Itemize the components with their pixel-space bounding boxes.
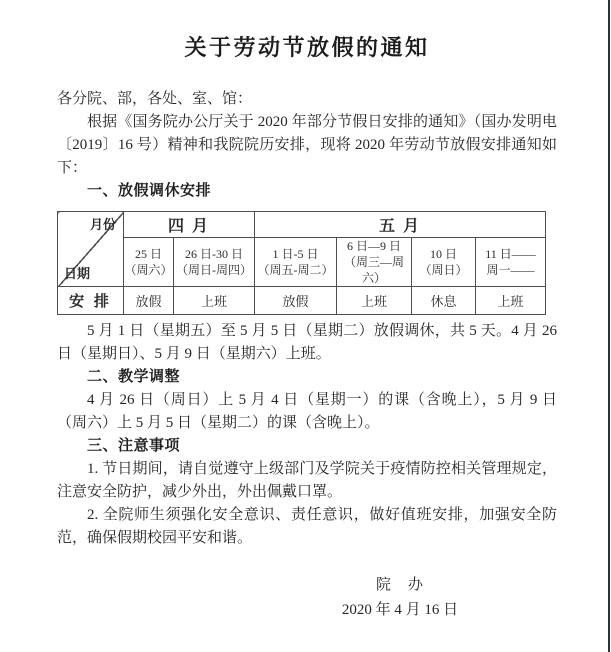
notice-document-page: 关于劳动节放假的通知 各分院、部，各处、室、馆： 根据《国务院办公厅关于 202… bbox=[0, 0, 611, 652]
holiday-schedule-table: 月份 日期 四 月 五 月 25 日 （周六） 26 日-30 日 （周日-周四… bbox=[57, 211, 546, 315]
date-cell-may1-5: 1 日-5 日 （周五-周二） bbox=[255, 238, 337, 287]
weekday-text: 周一—— bbox=[476, 262, 545, 278]
corner-label-date: 日期 bbox=[64, 263, 90, 282]
arrangement-cell: 休息 bbox=[412, 287, 476, 315]
arrangement-cell: 上班 bbox=[174, 287, 255, 315]
screenshot-right-edge-line bbox=[608, 0, 610, 652]
table-row-months: 月份 日期 四 月 五 月 bbox=[58, 212, 546, 238]
weekday-text: （周日-周四） bbox=[174, 262, 254, 278]
month-header-may: 五 月 bbox=[255, 212, 546, 238]
arrangement-cell: 放假 bbox=[124, 287, 174, 315]
signature-date: 2020 年 4 月 16 日 bbox=[325, 599, 475, 622]
date-cell-may11-on: 11 日—— 周一—— bbox=[476, 238, 546, 287]
month-header-april: 四 月 bbox=[124, 212, 255, 238]
date-text: 1 日-5 日 bbox=[255, 246, 336, 262]
corner-label-month: 月份 bbox=[90, 214, 116, 233]
date-cell-apr26-30: 26 日-30 日 （周日-周四） bbox=[174, 238, 255, 287]
salutation-line: 各分院、部，各处、室、馆： bbox=[57, 88, 557, 111]
table-corner-cell: 月份 日期 bbox=[58, 212, 124, 287]
date-cell-may10: 10 日 （周日） bbox=[412, 238, 476, 287]
section-3-heading: 三、注意事项 bbox=[57, 435, 557, 458]
date-cell-may6-9: 6 日—9 日 （周三—周六） bbox=[337, 238, 412, 287]
section-1-paragraph: 5 月 1 日（星期五）至 5 月 5 日（星期二）放假调休，共 5 天。4 月… bbox=[57, 320, 557, 366]
document-content: 关于劳动节放假的通知 各分院、部，各处、室、馆： 根据《国务院办公厅关于 202… bbox=[0, 0, 611, 622]
section-2-paragraph: 4 月 26 日（周日）上 5 月 4 日（星期一）的课（含晚上），5 月 9 … bbox=[57, 389, 557, 435]
date-text: 11 日—— bbox=[476, 246, 545, 262]
page-title: 关于劳动节放假的通知 bbox=[57, 36, 557, 60]
date-text: 6 日—9 日 bbox=[337, 238, 411, 254]
weekday-text: （周五-周二） bbox=[255, 262, 336, 278]
date-text: 26 日-30 日 bbox=[174, 246, 254, 262]
section-3-item-2: 2. 全院师生须强化安全意识、责任意识，做好值班安排，加强安全防范，确保假期校园… bbox=[57, 504, 557, 550]
section-3-item-1: 1. 节日期间，请自觉遵守上级部门及学院关于疫情防控相关管理规定，注意安全防护，… bbox=[57, 458, 557, 504]
arrangement-cell: 上班 bbox=[476, 287, 546, 315]
table-row-dates: 25 日 （周六） 26 日-30 日 （周日-周四） 1 日-5 日 （周五-… bbox=[58, 238, 546, 287]
signature-issuer: 院 办 bbox=[325, 574, 475, 597]
intro-paragraph: 根据《国务院办公厅关于 2020 年部分节假日安排的通知》（国办发明电〔2019… bbox=[57, 111, 557, 180]
section-1-heading: 一、放假调休安排 bbox=[57, 180, 557, 203]
arrangement-row-label: 安 排 bbox=[58, 287, 124, 315]
arrangement-cell: 上班 bbox=[337, 287, 412, 315]
signature-block: 院 办 2020 年 4 月 16 日 bbox=[325, 574, 475, 622]
date-text: 25 日 bbox=[124, 246, 173, 262]
weekday-text: （周三—周六） bbox=[337, 254, 411, 286]
weekday-text: （周六） bbox=[124, 262, 173, 278]
arrangement-cell: 放假 bbox=[255, 287, 337, 315]
date-cell-apr25: 25 日 （周六） bbox=[124, 238, 174, 287]
table-row-arrangement: 安 排 放假 上班 放假 上班 休息 上班 bbox=[58, 287, 546, 315]
weekday-text: （周日） bbox=[412, 262, 475, 278]
date-text: 10 日 bbox=[412, 246, 475, 262]
section-2-heading: 二、教学调整 bbox=[57, 366, 557, 389]
